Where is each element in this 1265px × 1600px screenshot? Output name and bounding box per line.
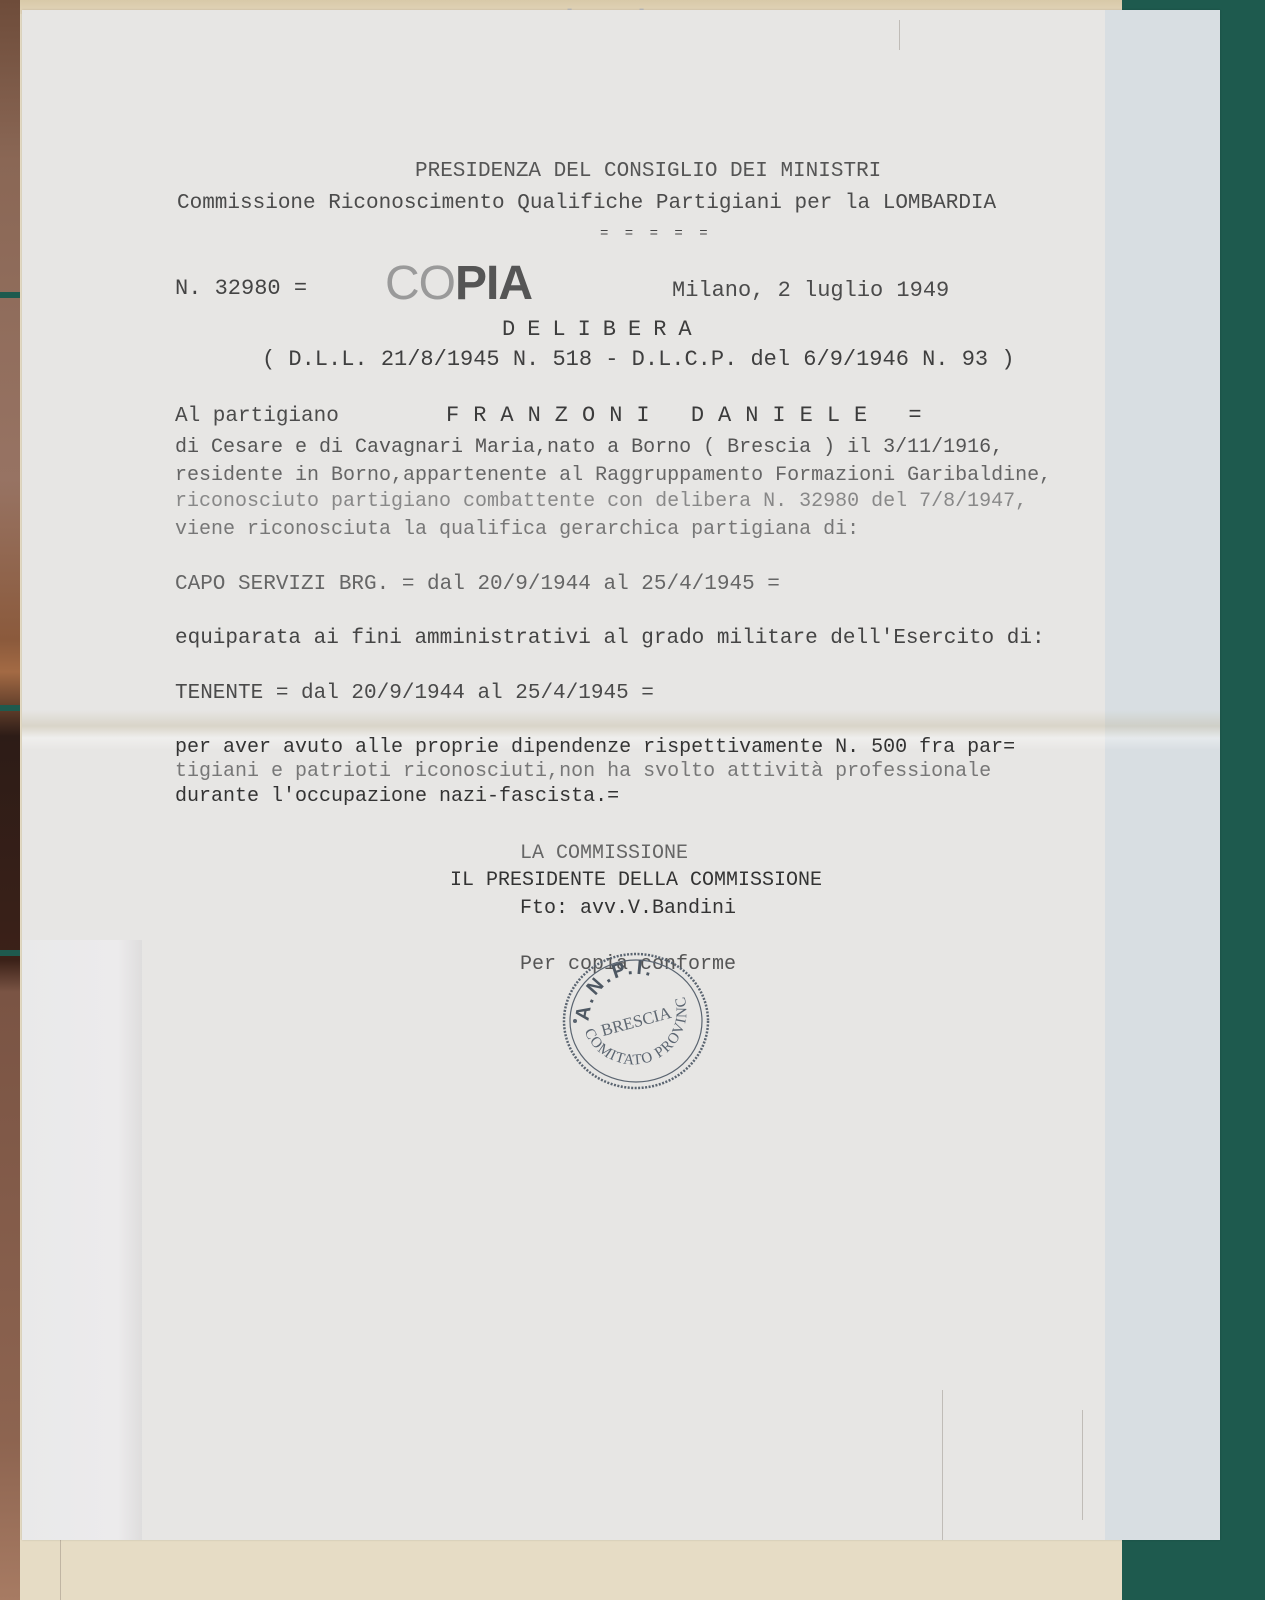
bottom-left-fold xyxy=(22,940,142,1540)
motivation-line: per aver avuto alle proprie dipendenze r… xyxy=(175,736,1015,759)
place-date: Milano, 2 luglio 1949 xyxy=(672,278,949,303)
edge-divider xyxy=(0,705,22,711)
copy-stamp-suffix: PIA xyxy=(455,257,532,310)
signature-president: IL PRESIDENTE DELLA COMMISSIONE xyxy=(450,869,822,892)
stamp-center-text: BRESCIA xyxy=(599,1003,674,1040)
pencil-mark xyxy=(1082,1410,1083,1520)
motivation-line: tigiani e patrioti riconosciuti,non ha s… xyxy=(175,760,991,783)
motivation-line: durante l'occupazione nazi-fascista.= xyxy=(175,785,619,808)
document-title: DELIBERA xyxy=(502,317,704,342)
reference-number: N. 32980 = xyxy=(175,276,307,301)
recipient-detail-line: viene riconosciuta la qualifica gerarchi… xyxy=(175,518,859,541)
edge-divider xyxy=(0,950,22,956)
recipient-label: Al partigiano xyxy=(175,405,339,428)
copy-stamp-prefix: CO xyxy=(385,257,455,310)
equivalence-statement: equiparata ai fini amministrativi al gra… xyxy=(175,627,1045,650)
pencil-mark xyxy=(899,20,900,50)
folder-line xyxy=(60,1540,61,1600)
signature-name: Fto: avv.V.Bandini xyxy=(520,897,736,920)
recipient-name: FRANZONI DANIELE = xyxy=(446,403,936,428)
pencil-mark xyxy=(942,1390,943,1540)
military-rank: TENENTE = dal 20/9/1944 al 25/4/1945 = xyxy=(175,682,654,705)
signature-commission: LA COMMISSIONE xyxy=(520,842,688,865)
partisan-rank: CAPO SERVIZI BRG. = dal 20/9/1944 al 25/… xyxy=(175,573,780,596)
header-ornament: = = = = = xyxy=(600,226,712,242)
copy-stamp: COPIA xyxy=(385,256,532,311)
recipient-detail-line: residente in Borno,appartenente al Raggr… xyxy=(175,464,1051,487)
header-commission: Commissione Riconoscimento Qualifiche Pa… xyxy=(177,192,996,215)
anpi-stamp-icon: A.N.P.I. BRESCIA COMITATO PROVINCIALE xyxy=(561,951,711,1091)
decree-reference: ( D.L.L. 21/8/1945 N. 518 - D.L.C.P. del… xyxy=(262,347,1015,372)
sheet-overlay-band xyxy=(1105,10,1220,1540)
recipient-detail-line: riconosciuto partigiano combattente con … xyxy=(175,490,1027,513)
recipient-detail-line: di Cesare e di Cavagnari Maria,nato a Bo… xyxy=(175,436,1003,459)
edge-divider xyxy=(0,292,22,298)
header-presidency: PRESIDENZA DEL CONSIGLIO DEI MINISTRI xyxy=(415,160,881,183)
